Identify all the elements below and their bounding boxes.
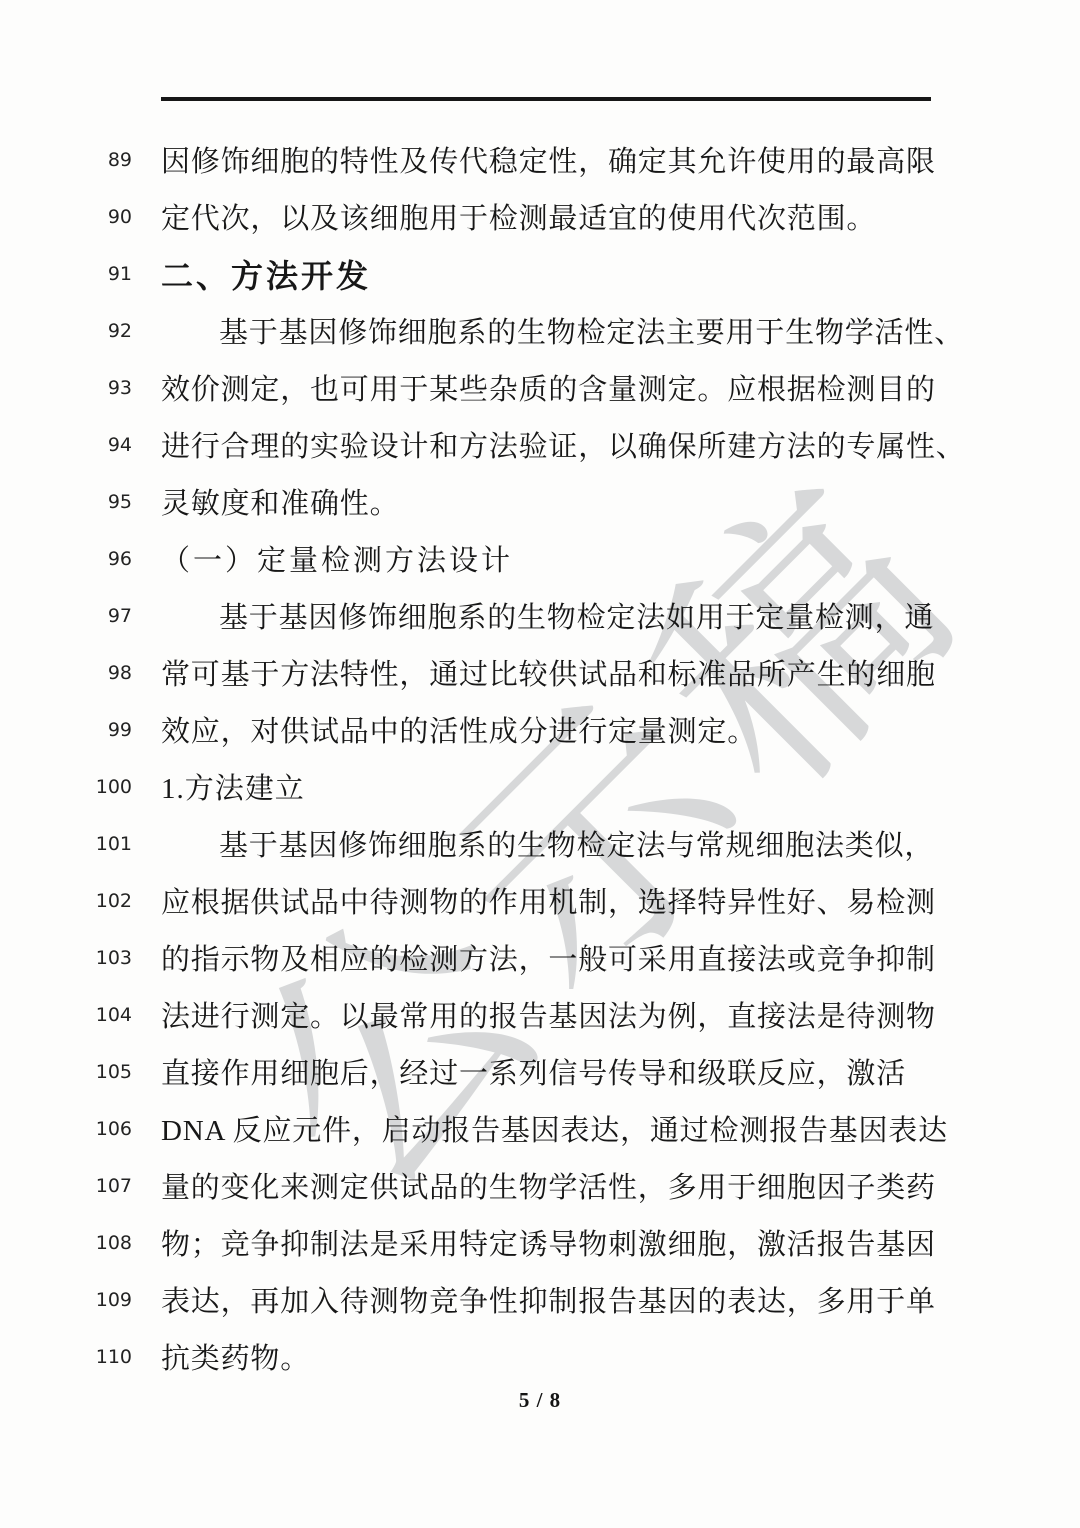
line-number: 90: [0, 206, 132, 228]
line-number: 91: [0, 263, 132, 285]
line-number: 96: [0, 548, 132, 570]
line-text: DNA 反应元件，启动报告基因表达，通过检测报告基因表达: [161, 1108, 948, 1149]
document-line: 98 常可基于方法特性，通过比较供试品和标准品所产生的细胞: [0, 644, 966, 701]
line-number: 100: [0, 776, 132, 798]
line-number: 104: [0, 1004, 132, 1026]
document-line: 95 灵敏度和准确性。: [0, 473, 966, 530]
document-line: 93 效价测定，也可用于某些杂质的含量测定。应根据检测目的: [0, 359, 966, 416]
document-line: 94 进行合理的实验设计和方法验证，以确保所建方法的专属性、: [0, 416, 966, 473]
line-text: 常可基于方法特性，通过比较供试品和标准品所产生的细胞: [161, 652, 936, 693]
document-line: 104 法进行测定。以最常用的报告基因法为例，直接法是待测物: [0, 986, 966, 1043]
line-text: 直接作用细胞后，经过一系列信号传导和级联反应，激活: [161, 1051, 906, 1092]
line-text: 基于基因修饰细胞系的生物检定法主要用于生物学活性、: [161, 310, 964, 351]
document-line: 108 物；竞争抑制法是采用特定诱导物刺激细胞，激活报告基因: [0, 1214, 966, 1271]
document-line: 103 的指示物及相应的检测方法，一般可采用直接法或竞争抑制: [0, 929, 966, 986]
document-line: 97 基于基因修饰细胞系的生物检定法如用于定量检测，通: [0, 587, 966, 644]
line-text: （一）定量检测方法设计: [161, 538, 513, 579]
document-line: 107 量的变化来测定供试品的生物学活性，多用于细胞因子类药: [0, 1157, 966, 1214]
line-number: 98: [0, 662, 132, 684]
line-number: 106: [0, 1118, 132, 1140]
line-text: 因修饰细胞的特性及传代稳定性，确定其允许使用的最高限: [161, 139, 936, 180]
line-number: 110: [0, 1346, 132, 1368]
document-line: 99 效应，对供试品中的活性成分进行定量测定。: [0, 701, 966, 758]
document-line: 109 表达，再加入待测物竞争性抑制报告基因的表达，多用于单: [0, 1271, 966, 1328]
line-text: 1.方法建立: [161, 766, 305, 807]
line-text: 效应，对供试品中的活性成分进行定量测定。: [161, 709, 757, 750]
document-line: 106 DNA 反应元件，启动报告基因表达，通过检测报告基因表达: [0, 1100, 966, 1157]
page-number: 5 / 8: [0, 1388, 1080, 1413]
line-number: 108: [0, 1232, 132, 1254]
line-number: 103: [0, 947, 132, 969]
document-line: 92 基于基因修饰细胞系的生物检定法主要用于生物学活性、: [0, 302, 966, 359]
document-body: 89 因修饰细胞的特性及传代稳定性，确定其允许使用的最高限 90 定代次，以及该…: [0, 131, 966, 1385]
line-text: 应根据供试品中待测物的作用机制，选择特异性好、易检测: [161, 880, 936, 921]
line-text: 量的变化来测定供试品的生物学活性，多用于细胞因子类药: [161, 1165, 936, 1206]
line-text: 二、方法开发: [161, 251, 371, 297]
line-number: 93: [0, 377, 132, 399]
document-line: 101 基于基因修饰细胞系的生物检定法与常规细胞法类似，: [0, 815, 966, 872]
document-line: 110 抗类药物。: [0, 1328, 966, 1385]
line-text: 的指示物及相应的检测方法，一般可采用直接法或竞争抑制: [161, 937, 936, 978]
line-number: 105: [0, 1061, 132, 1083]
line-text: 基于基因修饰细胞系的生物检定法与常规细胞法类似，: [161, 823, 934, 864]
line-number: 89: [0, 149, 132, 171]
line-text: 定代次，以及该细胞用于检测最适宜的使用代次范围。: [161, 196, 876, 237]
document-line: 96 （一）定量检测方法设计: [0, 530, 966, 587]
header-rule: [161, 97, 931, 101]
line-number: 99: [0, 719, 132, 741]
line-number: 107: [0, 1175, 132, 1197]
line-number: 92: [0, 320, 132, 342]
line-text: 表达，再加入待测物竞争性抑制报告基因的表达，多用于单: [161, 1279, 936, 1320]
document-line: 91 二、方法开发: [0, 245, 966, 302]
document-line: 89 因修饰细胞的特性及传代稳定性，确定其允许使用的最高限: [0, 131, 966, 188]
document-line: 100 1.方法建立: [0, 758, 966, 815]
line-number: 97: [0, 605, 132, 627]
line-text: 灵敏度和准确性。: [161, 481, 399, 522]
line-text: 基于基因修饰细胞系的生物检定法如用于定量检测，通: [161, 595, 934, 636]
line-number: 95: [0, 491, 132, 513]
line-text: 进行合理的实验设计和方法验证，以确保所建方法的专属性、: [161, 424, 966, 465]
document-line: 105 直接作用细胞后，经过一系列信号传导和级联反应，激活: [0, 1043, 966, 1100]
line-text: 效价测定，也可用于某些杂质的含量测定。应根据检测目的: [161, 367, 936, 408]
document-page: 公示稿 89 因修饰细胞的特性及传代稳定性，确定其允许使用的最高限 90 定代次…: [0, 0, 1080, 1528]
line-number: 102: [0, 890, 132, 912]
line-number: 109: [0, 1289, 132, 1311]
line-text: 抗类药物。: [161, 1336, 310, 1377]
line-number: 101: [0, 833, 132, 855]
line-number: 94: [0, 434, 132, 456]
document-line: 90 定代次，以及该细胞用于检测最适宜的使用代次范围。: [0, 188, 966, 245]
line-text: 物；竞争抑制法是采用特定诱导物刺激细胞，激活报告基因: [161, 1222, 936, 1263]
document-line: 102 应根据供试品中待测物的作用机制，选择特异性好、易检测: [0, 872, 966, 929]
line-text: 法进行测定。以最常用的报告基因法为例，直接法是待测物: [161, 994, 936, 1035]
